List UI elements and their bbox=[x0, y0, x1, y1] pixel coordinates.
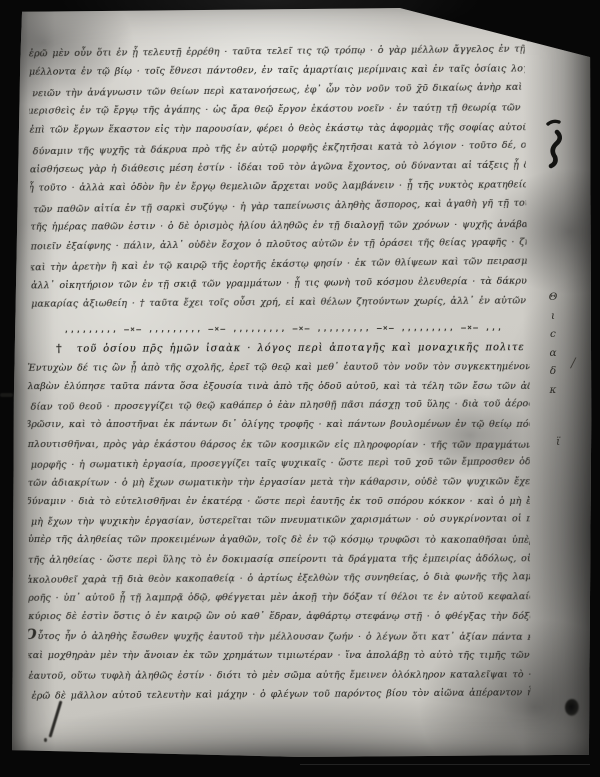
manuscript-line: λαβὼν ἐλύπησε ταῦτα πάντα ὅσα ἐξουσία τι… bbox=[28, 377, 530, 396]
manuscript-line: ροῆς · ὑπ᾽ αὐτοῦ ᾗ τῇ λαμπρᾷ ὁδῷ, φθέγγε… bbox=[28, 587, 530, 608]
section-divider-band: ,,,,,,,,, —×— ,,,,,,,,, —×— ,,,,,,,,, —×… bbox=[64, 321, 502, 336]
margin-iota-mark: ϊ bbox=[556, 434, 560, 450]
margin-letter: δ bbox=[544, 362, 562, 381]
left-margin-dash bbox=[0, 393, 13, 397]
manuscript-line: ἐρῶ δὲ μᾶλλον αὐτοῦ τελευτὴν καὶ μάχην ·… bbox=[31, 683, 530, 705]
manuscript-line: ἀκολουθεῖ χαρὰ τῇ διὰ θεὸν κακοπαθείᾳ · … bbox=[27, 567, 530, 590]
text-block-upper: ἐρῶ μὲν οὖν ὅτι ἐν ᾗ τελευτῇ ἐρρέθη · τα… bbox=[29, 40, 528, 316]
margin-letter: α bbox=[544, 344, 562, 363]
margin-pen-mark-icon bbox=[543, 116, 567, 172]
manuscript-line: πλουτισθῆναι, πρὸς γὰρ ἑκάστου θάρσος ἐκ… bbox=[28, 435, 530, 455]
manuscript-line: ἑαυτοῦ, οὕτω τυφλὴ ἀληθῶς ἐστίν · διότι … bbox=[28, 665, 530, 686]
ink-blot bbox=[565, 699, 579, 716]
manuscript-line: μὴ ἔχων τὴν ψυχικὴν ἐργασίαν, ὑστερεῖται… bbox=[31, 510, 530, 533]
margin-letter-column: Θιϲαδκ bbox=[544, 288, 562, 400]
manuscript-line: μακαρίας ἀξιωθείη · † ταῦτα ἔχει τοῖς οὖ… bbox=[31, 292, 527, 315]
margin-letter: κ bbox=[544, 381, 562, 400]
text-block-lower: Ἐντυχὼν δέ τις ὢν ᾗ ἀπὸ τῆς σχολῆς, ἐρεῖ… bbox=[27, 357, 530, 704]
margin-letter: Θ bbox=[544, 288, 562, 307]
section-title-row: †τοῦ ὁσίου πρ̄ς ἡμῶν ἰσαὰκ · λόγος περὶ … bbox=[56, 337, 524, 358]
margin-slash-mark: ∕ bbox=[571, 355, 575, 373]
manuscript-line: τῶν ἀδιακρίτων · ὁ μὴ ἔχων σωματικὴν τὴν… bbox=[28, 472, 530, 493]
manuscript-line: κύριος δὲ ἐστὶν ὅστις ὁ ἐν καιρῷ ὢν οὐ κ… bbox=[28, 607, 530, 626]
cross-icon: † bbox=[56, 342, 62, 355]
folio-number: 92 bbox=[526, 32, 543, 45]
pen-stroke-mark bbox=[49, 700, 63, 737]
manuscript-line: Ἐντυχὼν δέ τις ὢν ᾗ ἀπὸ τῆς σχολῆς, ἐρεῖ… bbox=[27, 357, 529, 378]
manuscript-line: Οὗτος ἦν ὁ ἀληθὴς ἔσωθεν ψυχῆς ἑαυτοῦ τὴ… bbox=[27, 626, 530, 647]
manuscript-line: τῆς ἀληθείας · ὥστε περὶ ὕλης τὸ ἐν δοκι… bbox=[28, 549, 530, 570]
margin-letter: ϲ bbox=[544, 325, 562, 344]
pen-dot-mark bbox=[44, 738, 47, 742]
manuscript-page: 92 ἐρῶ μὲν οὖν ὅτι ἐν ᾗ τελευτῇ ἐρρέθη ·… bbox=[8, 5, 593, 760]
photo-edge-highlight bbox=[300, 764, 590, 765]
manuscript-line: ὑπὲρ τῆς ἀληθείας τῶν προκειμένων ἀγαθῶν… bbox=[28, 530, 530, 550]
manuscript-line: δίαν τοῦ θεοῦ · προσεγγίζει τῷ θεῷ καθάπ… bbox=[31, 395, 530, 418]
manuscript-line: δύναμιν · διὰ τὸ εὐτελισθῆναι ἐν ἑκατέρᾳ… bbox=[27, 492, 529, 511]
manuscript-line: βρῶσιν, καὶ τὸ ἀποστῆναι ἐκ πάντων δι᾽ ὀ… bbox=[27, 415, 529, 434]
manuscript-line: καὶ μοχθηρὰν μὲν τὴν ἄνοιαν ἐκ τῶν χρημά… bbox=[27, 646, 530, 665]
section-title: τοῦ ὁσίου πρ̄ς ἡμῶν ἰσαὰκ · λόγος περὶ ἀ… bbox=[77, 342, 524, 355]
margin-letter: ι bbox=[544, 307, 562, 326]
manuscript-line: μορφῆς · ἡ σωματικὴ ἐργασία, προσεγγίζει… bbox=[31, 452, 530, 475]
manuscript-photo: 92 ἐρῶ μὲν οὖν ὅτι ἐν ᾗ τελευτῇ ἐρρέθη ·… bbox=[0, 0, 600, 777]
